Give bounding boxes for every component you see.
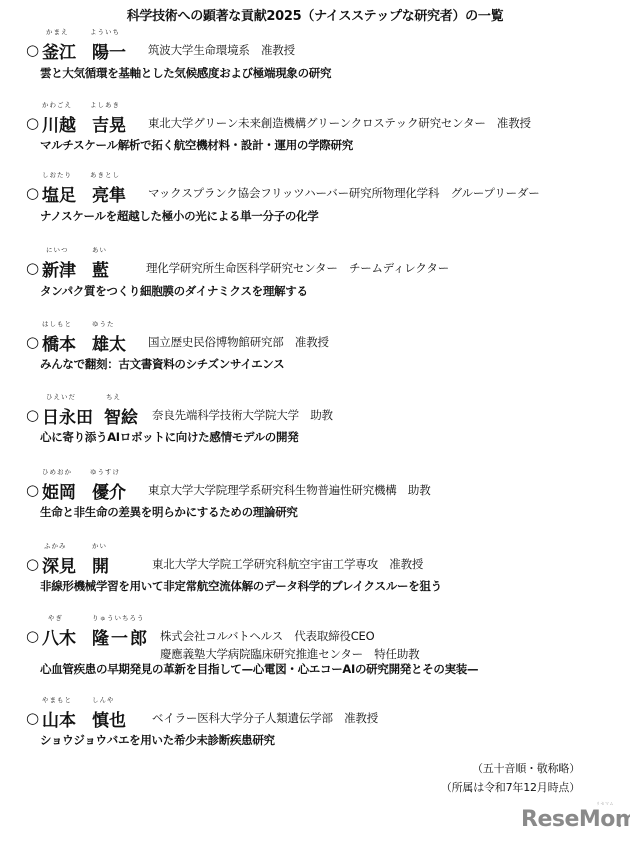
bullet-circle-icon: ○ [26,41,39,59]
research-title: 非線形機械学習を用いて非定常航空流体解のデータ科学的ブレイクスルーを狙う [40,578,442,594]
surname-ruby: やぎ [48,613,63,622]
researcher-entry: ○ やまもと 山本 しんや 慎也 ベイラー医科大学分子人類遺伝学部 准教授 ショ… [26,706,626,728]
bullet-circle-icon: ○ [26,481,39,499]
bullet-circle-icon: ○ [26,114,39,132]
research-title: ナノスケールを超越した極小の光による単一分子の化学 [40,208,319,224]
affiliation: 東北大学グリーン未来創造機構グリーンクロステック研究センター 准教授 [148,115,531,131]
researcher-entry: ○ ひえいだ 日永田 ちえ 智絵 奈良先端科学技術大学院大学 助教 心に寄り添う… [26,403,626,425]
bullet-circle-icon: ○ [26,555,39,573]
surname: 日永田 [42,403,93,428]
researcher-entry: ○ やぎ 八木 りゅういちろう 隆一郎 株式会社コルバトヘルス 代表取締役CEO… [26,624,626,646]
affiliation: ベイラー医科大学分子人類遺伝学部 准教授 [152,710,378,726]
order-note: （五十音順・敬称略） [472,760,580,776]
affiliation: 東北大学大学院工学研究科航空宇宙工学専攻 准教授 [152,556,423,572]
given-name: 智絵 [104,403,138,428]
researcher-entry: ○ しおたり 塩足 あきとし 亮隼 マックスプランク協会フリッツハーバー研究所物… [26,181,626,203]
research-title: マルチスケール解析で拓く航空機材料・設計・運用の学際研究 [40,137,353,153]
given-name-ruby: ゆうすけ [90,467,120,476]
researcher-entry: ○ かわごえ 川越 よしあき 吉晃 東北大学グリーン未来創造機構グリーンクロステ… [26,111,626,133]
surname-ruby: ひめおか [42,467,72,476]
logo-dot-icon [618,824,621,827]
given-name-ruby: よしあき [90,100,120,109]
affiliation: マックスプランク協会フリッツハーバー研究所物理化学科 グループリーダー [148,185,540,201]
researcher-entry: ○ はしもと 橋本 ゆうた 雄太 国立歴史民俗博物館研究部 准教授 みんなで翻刻… [26,330,626,352]
given-name-ruby: かい [92,541,107,550]
given-name-ruby: しんや [92,695,115,704]
research-title: タンパク質をつくり細胞膜のダイナミクスを理解する [40,283,308,299]
surname-ruby: かわごえ [42,100,72,109]
surname-ruby: しおたり [42,170,72,179]
researcher-entry: ○ ひめおか 姫岡 ゆうすけ 優介 東京大学大学院理学系研究科生物普遍性研究機構… [26,478,626,500]
surname: 釜江 [42,38,76,63]
given-name: 藍 [92,256,109,281]
bullet-circle-icon: ○ [26,709,39,727]
given-name-ruby: ちえ [106,392,121,401]
surname: 八木 [42,624,76,649]
surname-ruby: やまもと [42,695,72,704]
given-name: 吉晃 [92,111,126,136]
bullet-circle-icon: ○ [26,184,39,202]
given-name-ruby: あい [92,245,107,254]
surname-ruby: はしもと [42,319,72,328]
surname: 新津 [42,256,76,281]
surname: 塩足 [42,181,76,206]
surname: 山本 [42,706,76,731]
surname: 深見 [42,552,76,577]
given-name: 慎也 [92,706,126,731]
surname: 橋本 [42,330,76,355]
surname: 川越 [42,111,76,136]
given-name: 優介 [92,478,126,503]
affiliation: 東京大学大学院理学系研究科生物普遍性研究機構 助教 [148,482,431,498]
bullet-circle-icon: ○ [26,406,39,424]
surname-ruby: ふかみ [44,541,67,550]
affiliation-secondary: 慶應義塾大学病院臨床研究推進センター 特任助教 [160,646,419,662]
bullet-circle-icon: ○ [26,627,39,645]
affiliation: 筑波大学生命環境系 准教授 [148,42,295,58]
resemom-logo: ReseMom [521,807,630,832]
affiliation: 理化学研究所生命医科学研究センター チームディレクター [146,260,449,276]
affiliation: 株式会社コルバトヘルス 代表取締役CEO [160,628,374,644]
given-name-ruby: よういち [90,27,120,36]
given-name: 雄太 [92,330,126,355]
research-title: 心血管疾患の早期発見の革新を目指して—心電図・心エコーAIの研究開発とその実装— [40,661,478,677]
research-title: みんなで翻刻：古文書資料のシチズンサイエンス [40,356,284,372]
research-title: ショウジョウバエを用いた希少未診断疾患研究 [40,732,275,748]
given-name-ruby: ゆうた [92,319,115,328]
bullet-circle-icon: ○ [26,259,39,277]
given-name-ruby: りゅういちろう [92,613,145,622]
bullet-circle-icon: ○ [26,333,39,351]
researcher-entry: ○ かまえ 釜江 よういち 陽一 筑波大学生命環境系 准教授 雲と大気循環を基軸… [26,38,626,60]
given-name-ruby: あきとし [90,170,120,179]
document-title: 科学技術への顕著な貢献2025（ナイスステップな研究者）の一覧 [0,5,630,24]
researcher-entry: ○ ふかみ 深見 かい 開 東北大学大学院工学研究科航空宇宙工学専攻 准教授 非… [26,552,626,574]
research-title: 雲と大気循環を基軸とした気候感度および極端現象の研究 [40,65,331,81]
affiliation: 奈良先端科学技術大学院大学 助教 [152,407,333,423]
researcher-entry: ○ にいつ 新津 あい 藍 理化学研究所生命医科学研究センター チームディレクタ… [26,256,626,278]
surname-ruby: にいつ [46,245,69,254]
given-name: 開 [92,552,109,577]
given-name: 亮隼 [92,181,126,206]
surname-ruby: ひえいだ [46,392,76,401]
affiliation: 国立歴史民俗博物館研究部 准教授 [148,334,329,350]
surname-ruby: かまえ [46,27,69,36]
given-name: 陽一 [92,38,126,63]
given-name: 隆一郎 [92,624,149,649]
research-title: 心に寄り添うAIロボットに向けた感情モデルの開発 [40,429,298,445]
research-title: 生命と非生命の差異を明らかにするための理論研究 [40,504,298,520]
affiliation-date-note: （所属は令和7年12月時点） [441,779,580,795]
surname: 姫岡 [42,478,76,503]
